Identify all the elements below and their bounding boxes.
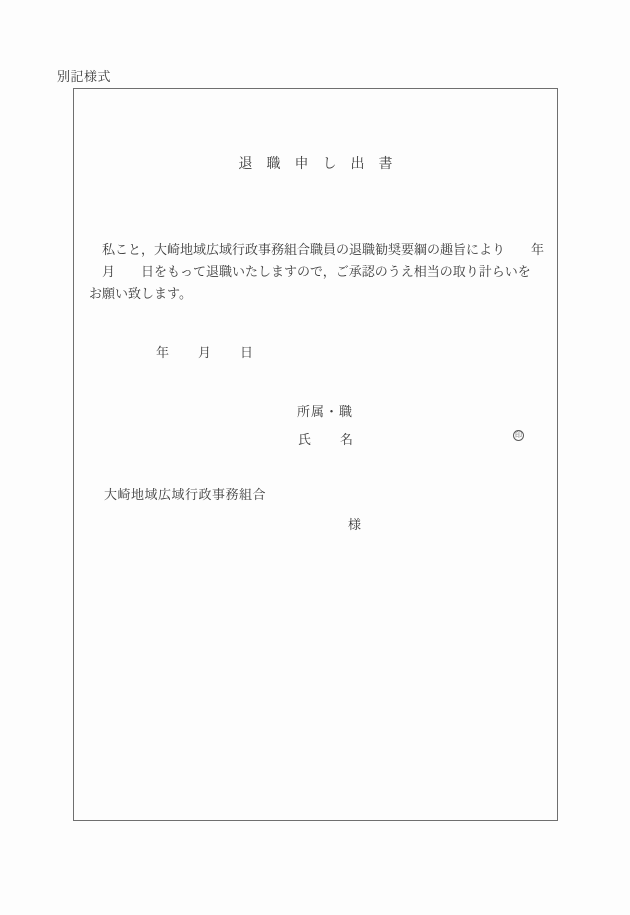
date-line: 年 月 日 xyxy=(156,342,254,361)
body-paragraph: 私こと，大崎地域広域行政事務組合職員の退職勧奨要綱の趣旨により 年 月 日をもっ… xyxy=(89,239,545,305)
addressee-organization: 大崎地域広域行政事務組合 xyxy=(104,484,266,503)
seal-stamp-icon: 印 xyxy=(513,430,524,441)
seal-character: 印 xyxy=(515,432,522,439)
name-label: 氏 名 xyxy=(298,429,354,448)
body-line-1: 私こと，大崎地域広域行政事務組合職員の退職勧奨要綱の趣旨により 年 xyxy=(89,239,545,261)
form-style-label: 別記様式 xyxy=(57,66,111,85)
document-title: 退 職 申 し 出 書 xyxy=(74,153,557,173)
body-line-3: お願い致します。 xyxy=(89,283,545,305)
document-page: 別記様式 退 職 申 し 出 書 私こと，大崎地域広域行政事務組合職員の退職勧奨… xyxy=(0,0,630,915)
body-line-2: 月 日をもって退職いたしますので，ご承認のうえ相当の取り計らいを xyxy=(89,261,545,283)
form-border-box: 退 職 申 し 出 書 私こと，大崎地域広域行政事務組合職員の退職勧奨要綱の趣旨… xyxy=(73,88,558,821)
affiliation-position-label: 所属・職 xyxy=(297,401,353,420)
addressee-honorific: 様 xyxy=(348,514,361,533)
